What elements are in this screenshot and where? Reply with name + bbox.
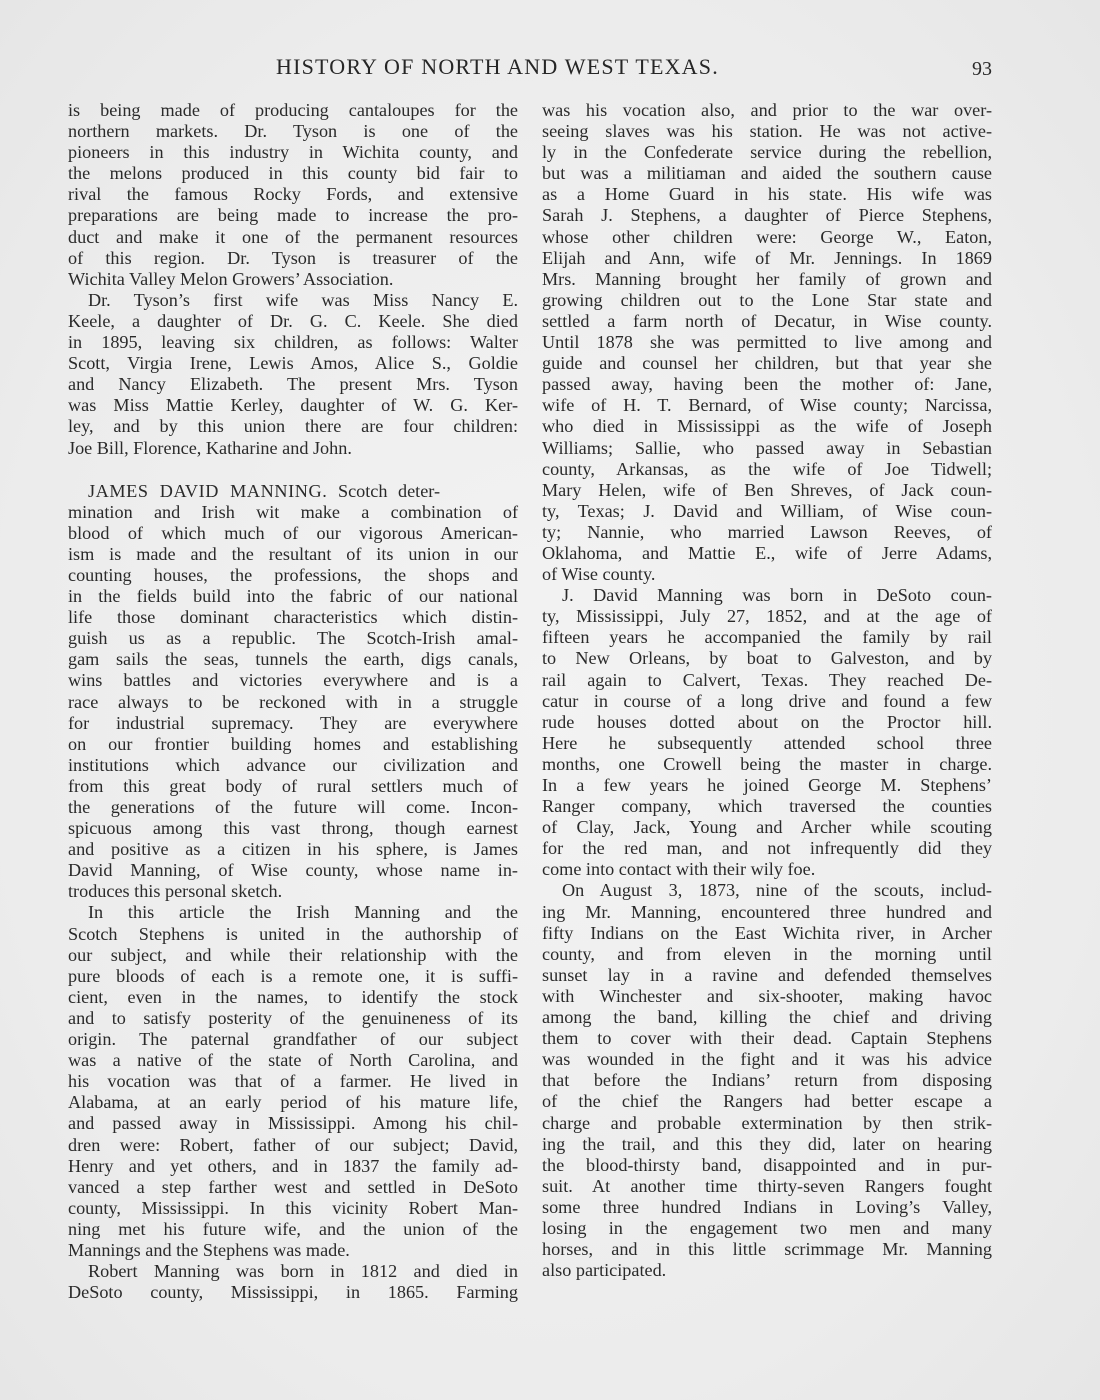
text-line: Robert Manning was born in 1812 and died… [68,1261,518,1282]
text-line: troduces this personal sketch. [68,881,518,902]
text-line: ing the trail, and this they did, later … [542,1134,992,1155]
text-line: On August 3, 1873, nine of the scouts, i… [542,880,992,901]
text-line: is being made of producing cantaloupes f… [68,100,518,121]
text-line: In a few years he joined George M. Steph… [542,775,992,796]
text-line: Mary Helen, wife of Ben Shreves, of Jack… [542,480,992,501]
text-line: J. David Manning was born in DeSoto coun… [542,585,992,606]
text-line: counting houses, the professions, the sh… [68,565,518,586]
text-line: growing children out to the Lone Star st… [542,290,992,311]
text-line: fifty Indians on the East Wichita river,… [542,923,992,944]
text-line: in the fields build into the fabric of o… [68,586,518,607]
text-line: Mrs. Manning brought her family of grown… [542,269,992,290]
text-line: was Miss Mattie Kerley, daughter of W. G… [68,395,518,416]
text-line: losing in the engagement two men and man… [542,1218,992,1239]
text-line: rude houses dotted about on the Proctor … [542,712,992,733]
paragraph: was his vocation also, and prior to the … [542,100,992,585]
text-line: the blood-thirsty band, disappointed and… [542,1155,992,1176]
text-line: Joe Bill, Florence, Katharine and John. [68,438,518,459]
text-line: rail again to Calvert, Texas. They reach… [542,670,992,691]
text-line: months, one Crowell being the master in … [542,754,992,775]
text-line: of the chief the Rangers had better esca… [542,1091,992,1112]
text-line: Mannings and the Stephens was made. [68,1240,518,1261]
text-line: blood of which much of our vigorous Amer… [68,523,518,544]
text-line: wife of H. T. Bernard, of Wise county; N… [542,395,992,416]
text-line: for the red man, and not infrequently di… [542,838,992,859]
text-line: rival the famous Rocky Fords, and extens… [68,184,518,205]
text-line: ly in the Confederate service during the… [542,142,992,163]
text-line: of Wise county. [542,564,992,585]
text-line: catur in course of a long drive and foun… [542,691,992,712]
text-line: Henry and yet others, and in 1837 the fa… [68,1156,518,1177]
text-line: them to cover with their dead. Captain S… [542,1028,992,1049]
text-line: northern markets. Dr. Tyson is one of th… [68,121,518,142]
text-line: among the band, killing the chief and dr… [542,1007,992,1028]
text-line: as a Home Guard in his state. His wife w… [542,184,992,205]
running-title: HISTORY OF NORTH AND WEST TEXAS. [276,54,719,80]
text-line: county, Arkansas, as the wife of Joe Tid… [542,459,992,480]
text-line: passed away, having been the mother of: … [542,374,992,395]
text-line: also participated. [542,1260,992,1281]
paragraph: In this article the Irish Manning and th… [68,902,518,1261]
running-header: HISTORY OF NORTH AND WEST TEXAS. 93 [0,54,1100,82]
text-line: the generations of the future will come.… [68,797,518,818]
text-line: Dr. Tyson’s first wife was Miss Nancy E. [68,290,518,311]
text-line: and positive as a citizen in his sphere,… [68,839,518,860]
book-page: HISTORY OF NORTH AND WEST TEXAS. 93 is b… [0,0,1100,1400]
text-line: Scott, Virgia Irene, Lewis Amos, Alice S… [68,353,518,374]
text-line: Williams; Sallie, who passed away in Seb… [542,438,992,459]
text-line: with Winchester and six-shooter, making … [542,986,992,1007]
text-line: pioneers in this industry in Wichita cou… [68,142,518,163]
text-line: Oklahoma, and Mattie E., wife of Jerre A… [542,543,992,564]
text-line: ning met his future wife, and the union … [68,1219,518,1240]
text-line: was wounded in the fight and it was his … [542,1049,992,1070]
text-line: cient, even in the names, to identify th… [68,987,518,1008]
text-line: duct and make it one of the permanent re… [68,227,518,248]
text-line: Scotch Stephens is united in the authors… [68,924,518,945]
text-line: Keele, a daughter of Dr. G. C. Keele. Sh… [68,311,518,332]
text-line: guish us as a republic. The Scotch-Irish… [68,628,518,649]
text-line: spicuous among this vast throng, though … [68,818,518,839]
biography-heading-paragraph: JAMES DAVID MANNING. Scotch deter-minati… [68,481,518,903]
text-line: of this region. Dr. Tyson is treasurer o… [68,248,518,269]
paragraph: J. David Manning was born in DeSoto coun… [542,585,992,880]
text-line: whose other children were: George W., Ea… [542,227,992,248]
text-line: and passed away in Mississippi. Among hi… [68,1113,518,1134]
text-line: JAMES DAVID MANNING. Scotch deter- [68,481,518,502]
subject-name-heading: JAMES DAVID MANNING. [88,481,327,501]
page-number: 93 [972,58,992,81]
text-line: to New Orleans, by boat to Galveston, an… [542,648,992,669]
text-line: mination and Irish wit make a combinatio… [68,502,518,523]
text-line: and Nancy Elizabeth. The present Mrs. Ty… [68,374,518,395]
text-run: Scotch deter- [327,481,440,501]
text-line: institutions which advance our civilizat… [68,755,518,776]
text-line: life those dominant characteristics whic… [68,607,518,628]
text-line: preparations are being made to increase … [68,205,518,226]
text-line: come into contact with their wily foe. [542,859,992,880]
text-line: gam sails the seas, tunnels the earth, d… [68,649,518,670]
text-line: fifteen years he accompanied the family … [542,627,992,648]
text-line: was a native of the state of North Carol… [68,1050,518,1071]
text-line: Elijah and Ann, wife of Mr. Jennings. In… [542,248,992,269]
text-line: was his vocation also, and prior to the … [542,100,992,121]
text-line: Here he subsequently attended school thr… [542,733,992,754]
text-line: dren were: Robert, father of our subject… [68,1135,518,1156]
text-line: race always to be reckoned with in a str… [68,692,518,713]
paragraph: is being made of producing cantaloupes f… [68,100,518,290]
text-line: county, Mississippi. In this vicinity Ro… [68,1198,518,1219]
text-line: Alabama, at an early period of his matur… [68,1092,518,1113]
text-line: DeSoto county, Mississippi, in 1865. Far… [68,1282,518,1303]
text-line: Wichita Valley Melon Growers’ Associatio… [68,269,518,290]
text-line: Ranger company, which traversed the coun… [542,796,992,817]
text-line: David Manning, of Wise county, whose nam… [68,860,518,881]
paragraph: Robert Manning was born in 1812 and died… [68,1261,518,1303]
text-line: of Clay, Jack, Young and Archer while sc… [542,817,992,838]
text-line: ty, Texas; J. David and William, of Wise… [542,501,992,522]
text-line: In this article the Irish Manning and th… [68,902,518,923]
text-line: from this great body of rural settlers m… [68,776,518,797]
text-line: who died in Mississippi as the wife of J… [542,416,992,437]
text-line: ley, and by this union there are four ch… [68,416,518,437]
text-line: horses, and in this little scrimmage Mr.… [542,1239,992,1260]
text-line: seeing slaves was his station. He was no… [542,121,992,142]
text-line: Sarah J. Stephens, a daughter of Pierce … [542,205,992,226]
left-column: is being made of producing cantaloupes f… [68,100,518,1303]
text-line: for industrial supremacy. They are every… [68,713,518,734]
text-line: county, and from eleven in the morning u… [542,944,992,965]
text-line: settled a farm north of Decatur, in Wise… [542,311,992,332]
text-line: pure bloods of each is a remote one, it … [68,966,518,987]
text-line: our subject, and while their relationshi… [68,945,518,966]
text-line: ism is made and the resultant of its uni… [68,544,518,565]
paragraph: Dr. Tyson’s first wife was Miss Nancy E.… [68,290,518,459]
text-line: guide and counsel her children, but that… [542,353,992,374]
text-line: wins battles and victories everywhere an… [68,670,518,691]
text-line: Until 1878 she was permitted to live amo… [542,332,992,353]
text-line: ty; Nannie, who married Lawson Reeves, o… [542,522,992,543]
paragraph: On August 3, 1873, nine of the scouts, i… [542,880,992,1281]
text-line: his vocation was that of a farmer. He li… [68,1071,518,1092]
text-line: and to satisfy posterity of the genuinen… [68,1008,518,1029]
text-line: but was a militiaman and aided the south… [542,163,992,184]
text-line: sunset lay in a ravine and defended them… [542,965,992,986]
text-line: ty, Mississippi, July 27, 1852, and at t… [542,606,992,627]
text-line: origin. The paternal grandfather of our … [68,1029,518,1050]
text-line: charge and probable extermination by the… [542,1113,992,1134]
text-line: ing Mr. Manning, encountered three hundr… [542,902,992,923]
text-line: the melons produced in this county bid f… [68,163,518,184]
text-line: in 1895, leaving six children, as follow… [68,332,518,353]
text-line: on our frontier building homes and estab… [68,734,518,755]
text-line: suit. At another time thirty-seven Range… [542,1176,992,1197]
text-line: vanced a step farther west and settled i… [68,1177,518,1198]
text-line: that before the Indians’ return from dis… [542,1070,992,1091]
right-column: was his vocation also, and prior to the … [542,100,992,1281]
text-line: some three hundred Indians in Loving’s V… [542,1197,992,1218]
